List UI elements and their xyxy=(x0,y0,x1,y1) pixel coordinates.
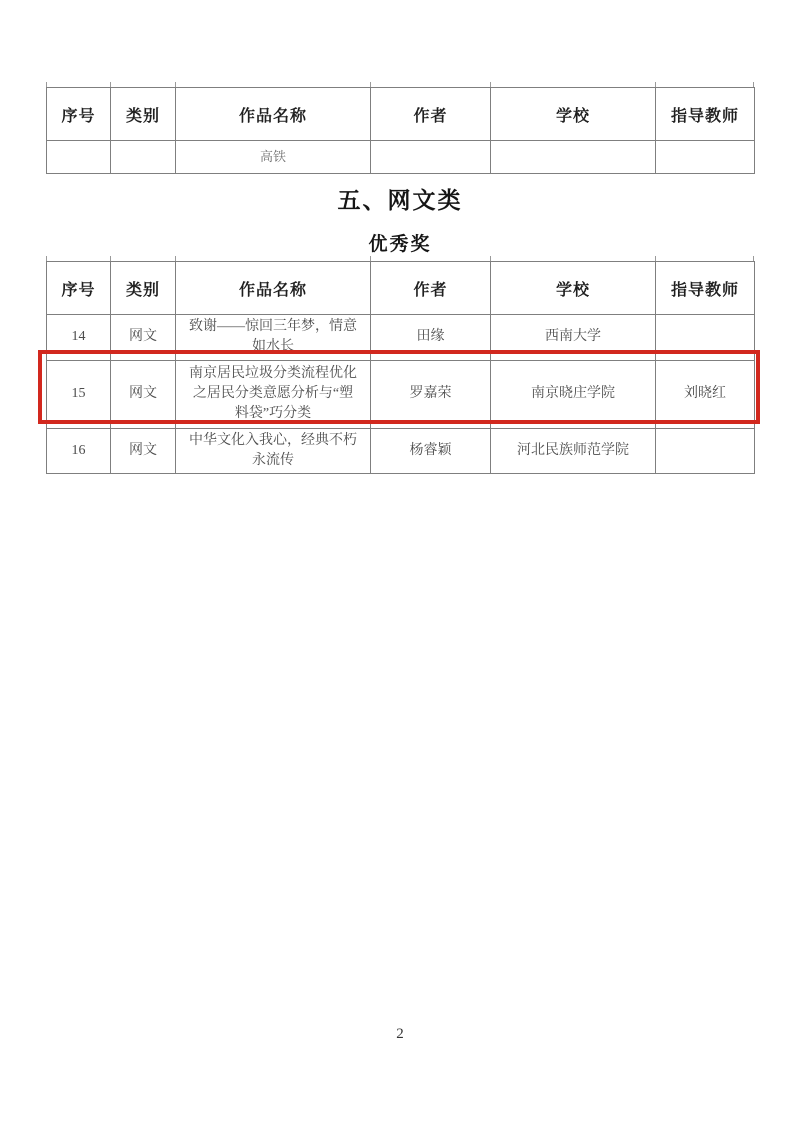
table-row: 16 网文 中华文化入我心，经典不朽永流传 杨睿颖 河北民族师范学院 xyxy=(47,428,755,474)
cell-school: 南京晓庄学院 xyxy=(491,360,656,428)
header-cell-advisor: 指导教师 xyxy=(656,88,755,141)
table-header-row: 序号 类别 作品名称 作者 学校 指导教师 xyxy=(47,262,755,315)
document-page: 序号 类别 作品名称 作者 学校 指导教师 高铁 五、网文类 优秀奖 序 xyxy=(0,0,800,1131)
cell-title: 中华文化入我心，经典不朽永流传 xyxy=(176,428,371,474)
section-subtitle: 优秀奖 xyxy=(0,229,800,256)
cell-seq: 16 xyxy=(47,428,111,474)
cell-author: 杨睿颖 xyxy=(371,428,491,474)
header-cell-seq: 序号 xyxy=(47,88,111,141)
header-cell-seq: 序号 xyxy=(47,262,111,315)
cell-category: 网文 xyxy=(111,315,176,361)
cell-advisor: 刘晓红 xyxy=(656,360,755,428)
table-header-row: 序号 类别 作品名称 作者 学校 指导教师 xyxy=(47,88,755,141)
table-row: 14 网文 致谢——惊回三年梦，情意如水长 田缘 西南大学 xyxy=(47,315,755,361)
header-cell-school: 学校 xyxy=(491,88,656,141)
cell-school: 西南大学 xyxy=(491,315,656,361)
cell-title: 高铁 xyxy=(176,141,371,174)
cell-category: 网文 xyxy=(111,360,176,428)
cell-seq: 15 xyxy=(47,360,111,428)
continuation-table: 序号 类别 作品名称 作者 学校 指导教师 高铁 xyxy=(46,87,755,174)
cell-author xyxy=(371,141,491,174)
header-cell-author: 作者 xyxy=(371,262,491,315)
cell-seq: 14 xyxy=(47,315,111,361)
header-cell-category: 类别 xyxy=(111,262,176,315)
page-number: 2 xyxy=(0,1026,800,1043)
header-cell-advisor: 指导教师 xyxy=(656,262,755,315)
cell-advisor xyxy=(656,141,755,174)
cell-school: 河北民族师范学院 xyxy=(491,428,656,474)
header-cell-title: 作品名称 xyxy=(176,262,371,315)
header-cell-title: 作品名称 xyxy=(176,88,371,141)
cell-title: 南京居民垃圾分类流程优化之居民分类意愿分析与“塑料袋”巧分类 xyxy=(176,360,371,428)
table-row: 高铁 xyxy=(47,141,755,174)
cell-school xyxy=(491,141,656,174)
cell-advisor xyxy=(656,315,755,361)
cell-category xyxy=(111,141,176,174)
section-title: 五、网文类 xyxy=(0,182,800,215)
header-cell-school: 学校 xyxy=(491,262,656,315)
cell-author: 田缘 xyxy=(371,315,491,361)
table-row-highlighted: 15 网文 南京居民垃圾分类流程优化之居民分类意愿分析与“塑料袋”巧分类 罗嘉荣… xyxy=(47,360,755,428)
awards-table: 序号 类别 作品名称 作者 学校 指导教师 14 网文 致谢——惊回三年梦，情意… xyxy=(46,261,755,474)
cell-advisor xyxy=(656,428,755,474)
header-cell-author: 作者 xyxy=(371,88,491,141)
cell-title: 致谢——惊回三年梦，情意如水长 xyxy=(176,315,371,361)
header-cell-category: 类别 xyxy=(111,88,176,141)
cell-author: 罗嘉荣 xyxy=(371,360,491,428)
cell-seq xyxy=(47,141,111,174)
cell-category: 网文 xyxy=(111,428,176,474)
